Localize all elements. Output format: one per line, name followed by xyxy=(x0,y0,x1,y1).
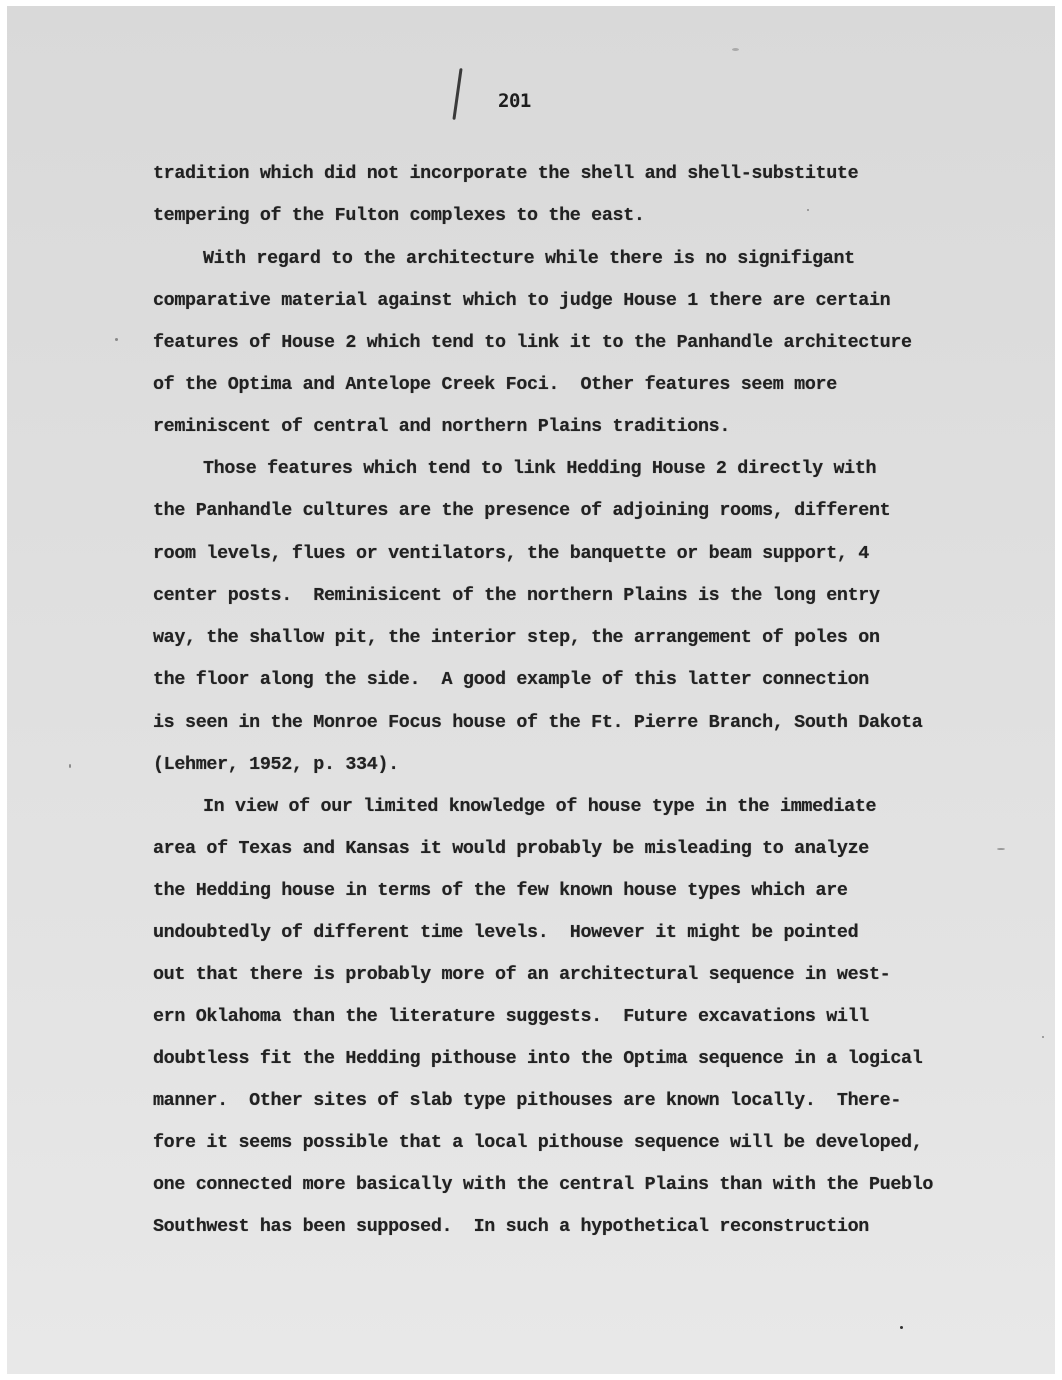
text-line: center posts. Reminisicent of the northe… xyxy=(153,585,880,607)
text-line: the Panhandle cultures are the presence … xyxy=(153,500,890,522)
text-line: area of Texas and Kansas it would probab… xyxy=(153,838,869,860)
text-line: reminiscent of central and northern Plai… xyxy=(153,416,730,438)
text-line: one connected more basically with the ce… xyxy=(153,1174,933,1196)
text-line: room levels, flues or ventilators, the b… xyxy=(153,543,869,565)
page-number: 201 xyxy=(498,90,531,112)
text-line: comparative material against which to ju… xyxy=(153,290,890,312)
pen-mark xyxy=(452,68,462,120)
text-line: doubtless fit the Hedding pithouse into … xyxy=(153,1048,922,1070)
scan-speck xyxy=(807,209,809,211)
scan-speck xyxy=(997,848,1005,850)
text-line: tempering of the Fulton complexes to the… xyxy=(153,205,645,227)
text-line: (Lehmer, 1952, p. 334). xyxy=(153,754,399,776)
text-line: the Hedding house in terms of the few kn… xyxy=(153,880,848,902)
scan-speck xyxy=(115,338,118,341)
text-line: undoubtedly of different time levels. Ho… xyxy=(153,922,858,944)
text-line: In view of our limited knowledge of hous… xyxy=(203,796,876,818)
text-line: fore it seems possible that a local pith… xyxy=(153,1132,922,1154)
scan-speck xyxy=(1042,1036,1044,1038)
text-line: tradition which did not incorporate the … xyxy=(153,163,858,185)
text-line: ern Oklahoma than the literature suggest… xyxy=(153,1006,869,1028)
text-line: the floor along the side. A good example… xyxy=(153,669,869,691)
scan-speck xyxy=(732,48,739,51)
text-line: manner. Other sites of slab type pithous… xyxy=(153,1090,901,1112)
text-line: of the Optima and Antelope Creek Foci. O… xyxy=(153,374,837,396)
text-line: out that there is probably more of an ar… xyxy=(153,964,890,986)
scan-speck xyxy=(69,764,71,768)
scan-speck xyxy=(900,1326,903,1329)
text-line: is seen in the Monroe Focus house of the… xyxy=(153,712,922,734)
text-line: way, the shallow pit, the interior step,… xyxy=(153,627,880,649)
text-line: Southwest has been supposed. In such a h… xyxy=(153,1216,869,1238)
text-line: features of House 2 which tend to link i… xyxy=(153,332,912,354)
scanned-page: 201 tradition which did not incorporate … xyxy=(7,6,1055,1374)
text-line: With regard to the architecture while th… xyxy=(203,248,855,270)
text-line: Those features which tend to link Heddin… xyxy=(203,458,876,480)
